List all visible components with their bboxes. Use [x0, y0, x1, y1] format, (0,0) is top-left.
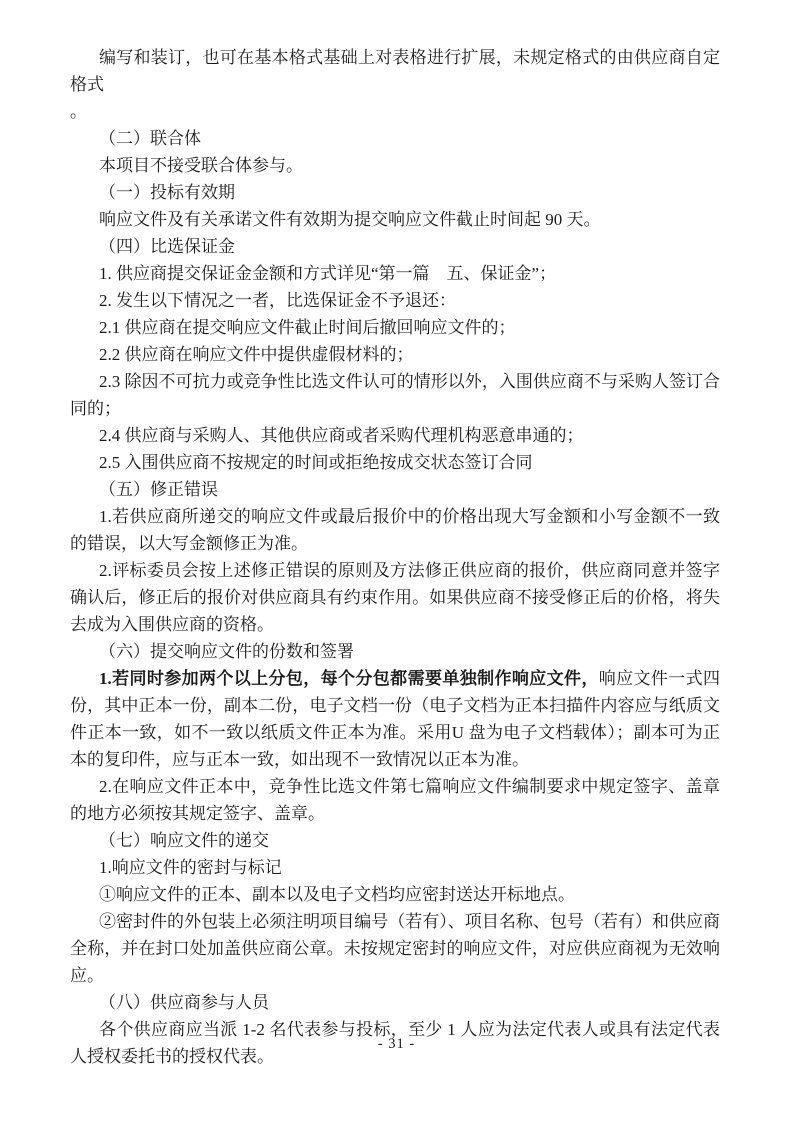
body-paragraph: 2.3 除因不可抗力或竞争性比选文件认可的情形以外，入围供应商不与采购人签订合同… — [70, 368, 720, 422]
body-paragraph: 本项目不接受联合体参与。 — [70, 152, 720, 179]
section-heading: （五）修正错误 — [70, 476, 720, 503]
body-paragraph: 2.评标委员会按上述修正错误的原则及方法修正供应商的报价，供应商同意并签字确认后… — [70, 557, 720, 638]
section-heading: （七）响应文件的递交 — [70, 827, 720, 854]
emphasis-paragraph: 1.若同时参加两个以上分包，每个分包都需要单独制作响应文件，响应文件一式四份，其… — [70, 665, 720, 773]
body-paragraph: 2.1 供应商在提交响应文件截止时间后撤回响应文件的； — [70, 314, 720, 341]
section-heading: （二）联合体 — [70, 125, 720, 152]
body-paragraph: 2.4 供应商与采购人、其他供应商或者采购代理机构恶意串通的； — [70, 422, 720, 449]
paragraph-text: 。 — [70, 102, 87, 121]
body-paragraph: 2. 发生以下情况之一者，比选保证金不予退还： — [70, 287, 720, 314]
bold-paragraph-text: 1.若同时参加两个以上分包，每个分包都需要单独制作响应文件， — [99, 669, 599, 688]
body-paragraph: 2.在响应文件正本中，竞争性比选文件第七篇响应文件编制要求中规定签字、盖章的地方… — [70, 773, 720, 827]
section-heading: （一）投标有效期 — [70, 179, 720, 206]
body-paragraph: ①响应文件的正本、副本以及电子文档均应密封送达开标地点。 — [70, 881, 720, 908]
body-paragraph: 2.5 入围供应商不按规定的时间或拒绝按成交状态签订合同 — [70, 449, 720, 476]
section-heading: （八）供应商参与人员 — [70, 989, 720, 1016]
body-paragraph: ②密封件的外包装上必须注明项目编号（若有）、项目名称、包号（若有）和供应商全称，… — [70, 908, 720, 989]
body-paragraph: 1. 供应商提交保证金金额和方式详见“第一篇 五、保证金”； — [70, 260, 720, 287]
document-page: { "document": { "page": { "background_co… — [0, 0, 793, 1122]
body-paragraph: 1.响应文件的密封与标记 — [70, 854, 720, 881]
body-paragraph: 响应文件及有关承诺文件有效期为提交响应文件截止时间起 90 天。 — [70, 206, 720, 233]
section-heading: （六）提交响应文件的份数和签署 — [70, 638, 720, 665]
paragraph-text: 编写和装订，也可在基本格式基础上对表格进行扩展，未规定格式的由供应商自定格式 — [70, 48, 720, 94]
page-body-text: 编写和装订，也可在基本格式基础上对表格进行扩展，未规定格式的由供应商自定格式。 … — [70, 44, 720, 1070]
body-paragraph: 2.2 供应商在响应文件中提供虚假材料的； — [70, 341, 720, 368]
section-heading: （四）比选保证金 — [70, 233, 720, 260]
continued-paragraph: 编写和装订，也可在基本格式基础上对表格进行扩展，未规定格式的由供应商自定格式。 — [70, 44, 720, 125]
body-paragraph: 1.若供应商所递交的响应文件或最后报价中的价格出现大写金额和小写金额不一致的错误… — [70, 503, 720, 557]
page-number: - 31 - — [0, 1036, 793, 1053]
